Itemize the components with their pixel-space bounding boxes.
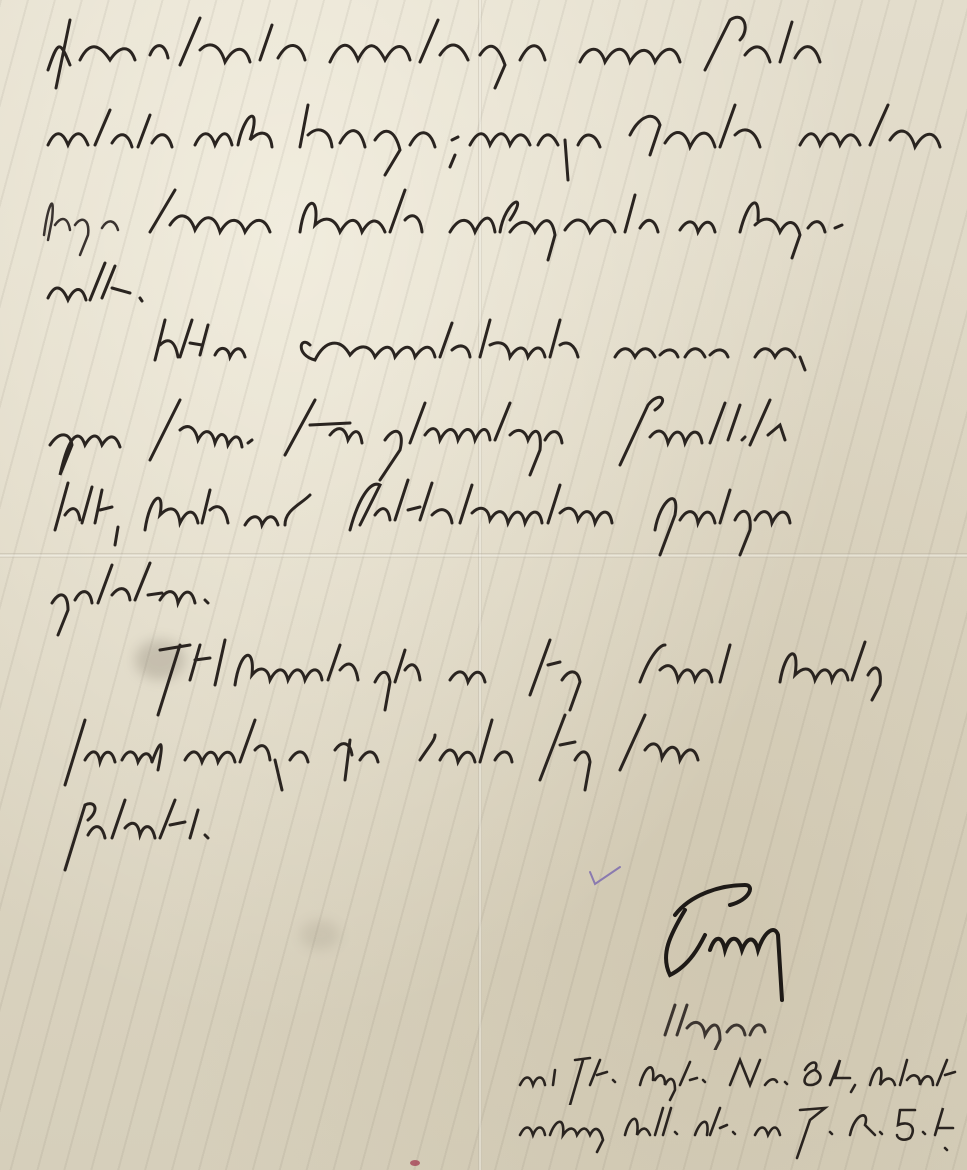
signature-unit-line-1: im Inf.-Regt. Nr. 84, zuletzt [515,1050,965,1100]
red-ink-spot [410,1160,420,1166]
letter-line-9: Ich bewahre ihm ein sehr treues Anden- [40,630,960,690]
handwriting-strokes [40,180,960,260]
check-mark-annotation [585,862,625,892]
letter-line-8: gesehen. [40,555,280,615]
handwriting-strokes [40,790,280,880]
letter-line-6: gen seiner stets gleichmäßigen Freundlic… [40,395,960,455]
handwriting-strokes [40,95,950,175]
letter-line-4: ett. [40,258,190,318]
letter-line-5: Auch im Kameradenkreise war er we- [40,315,960,375]
letter-line-11: Zukunft. [40,790,280,850]
handwriting-strokes [40,710,960,800]
handwriting-strokes [40,315,960,385]
unit-strokes-2 [515,1100,965,1160]
letter-line-3: lag er schwer krank und verwundet im Laz… [40,180,960,240]
signature-rank: Major [655,1000,785,1050]
signature-unit-line-2: im Armee-Batl.-Kdr. im I.R. 54. [515,1100,965,1160]
letter-line-7: keit, Ruhe und Pflichttreue sehr gern [40,475,960,535]
handwriting-strokes [40,630,960,720]
unit-strokes-1 [515,1050,965,1105]
letter-page: gestern zur friedlichen Arbeitsgebiete m… [0,0,967,1170]
rank-strokes [655,1000,785,1050]
signature: Kranz [630,875,810,1005]
letter-line-10: ken und wünsche ihm das Beste für seine [40,710,960,770]
handwriting-strokes [40,395,960,485]
vertical-fold [478,0,482,1170]
handwriting-strokes [40,475,960,565]
letter-line-2: zusehen und besorgen, wenige Stunden nac… [40,95,950,155]
letter-line-1: gestern zur friedlichen Arbeitsgebiete m… [40,10,920,70]
paper-stain [300,920,340,950]
signature-strokes [630,875,810,1005]
handwriting-strokes [40,10,920,90]
